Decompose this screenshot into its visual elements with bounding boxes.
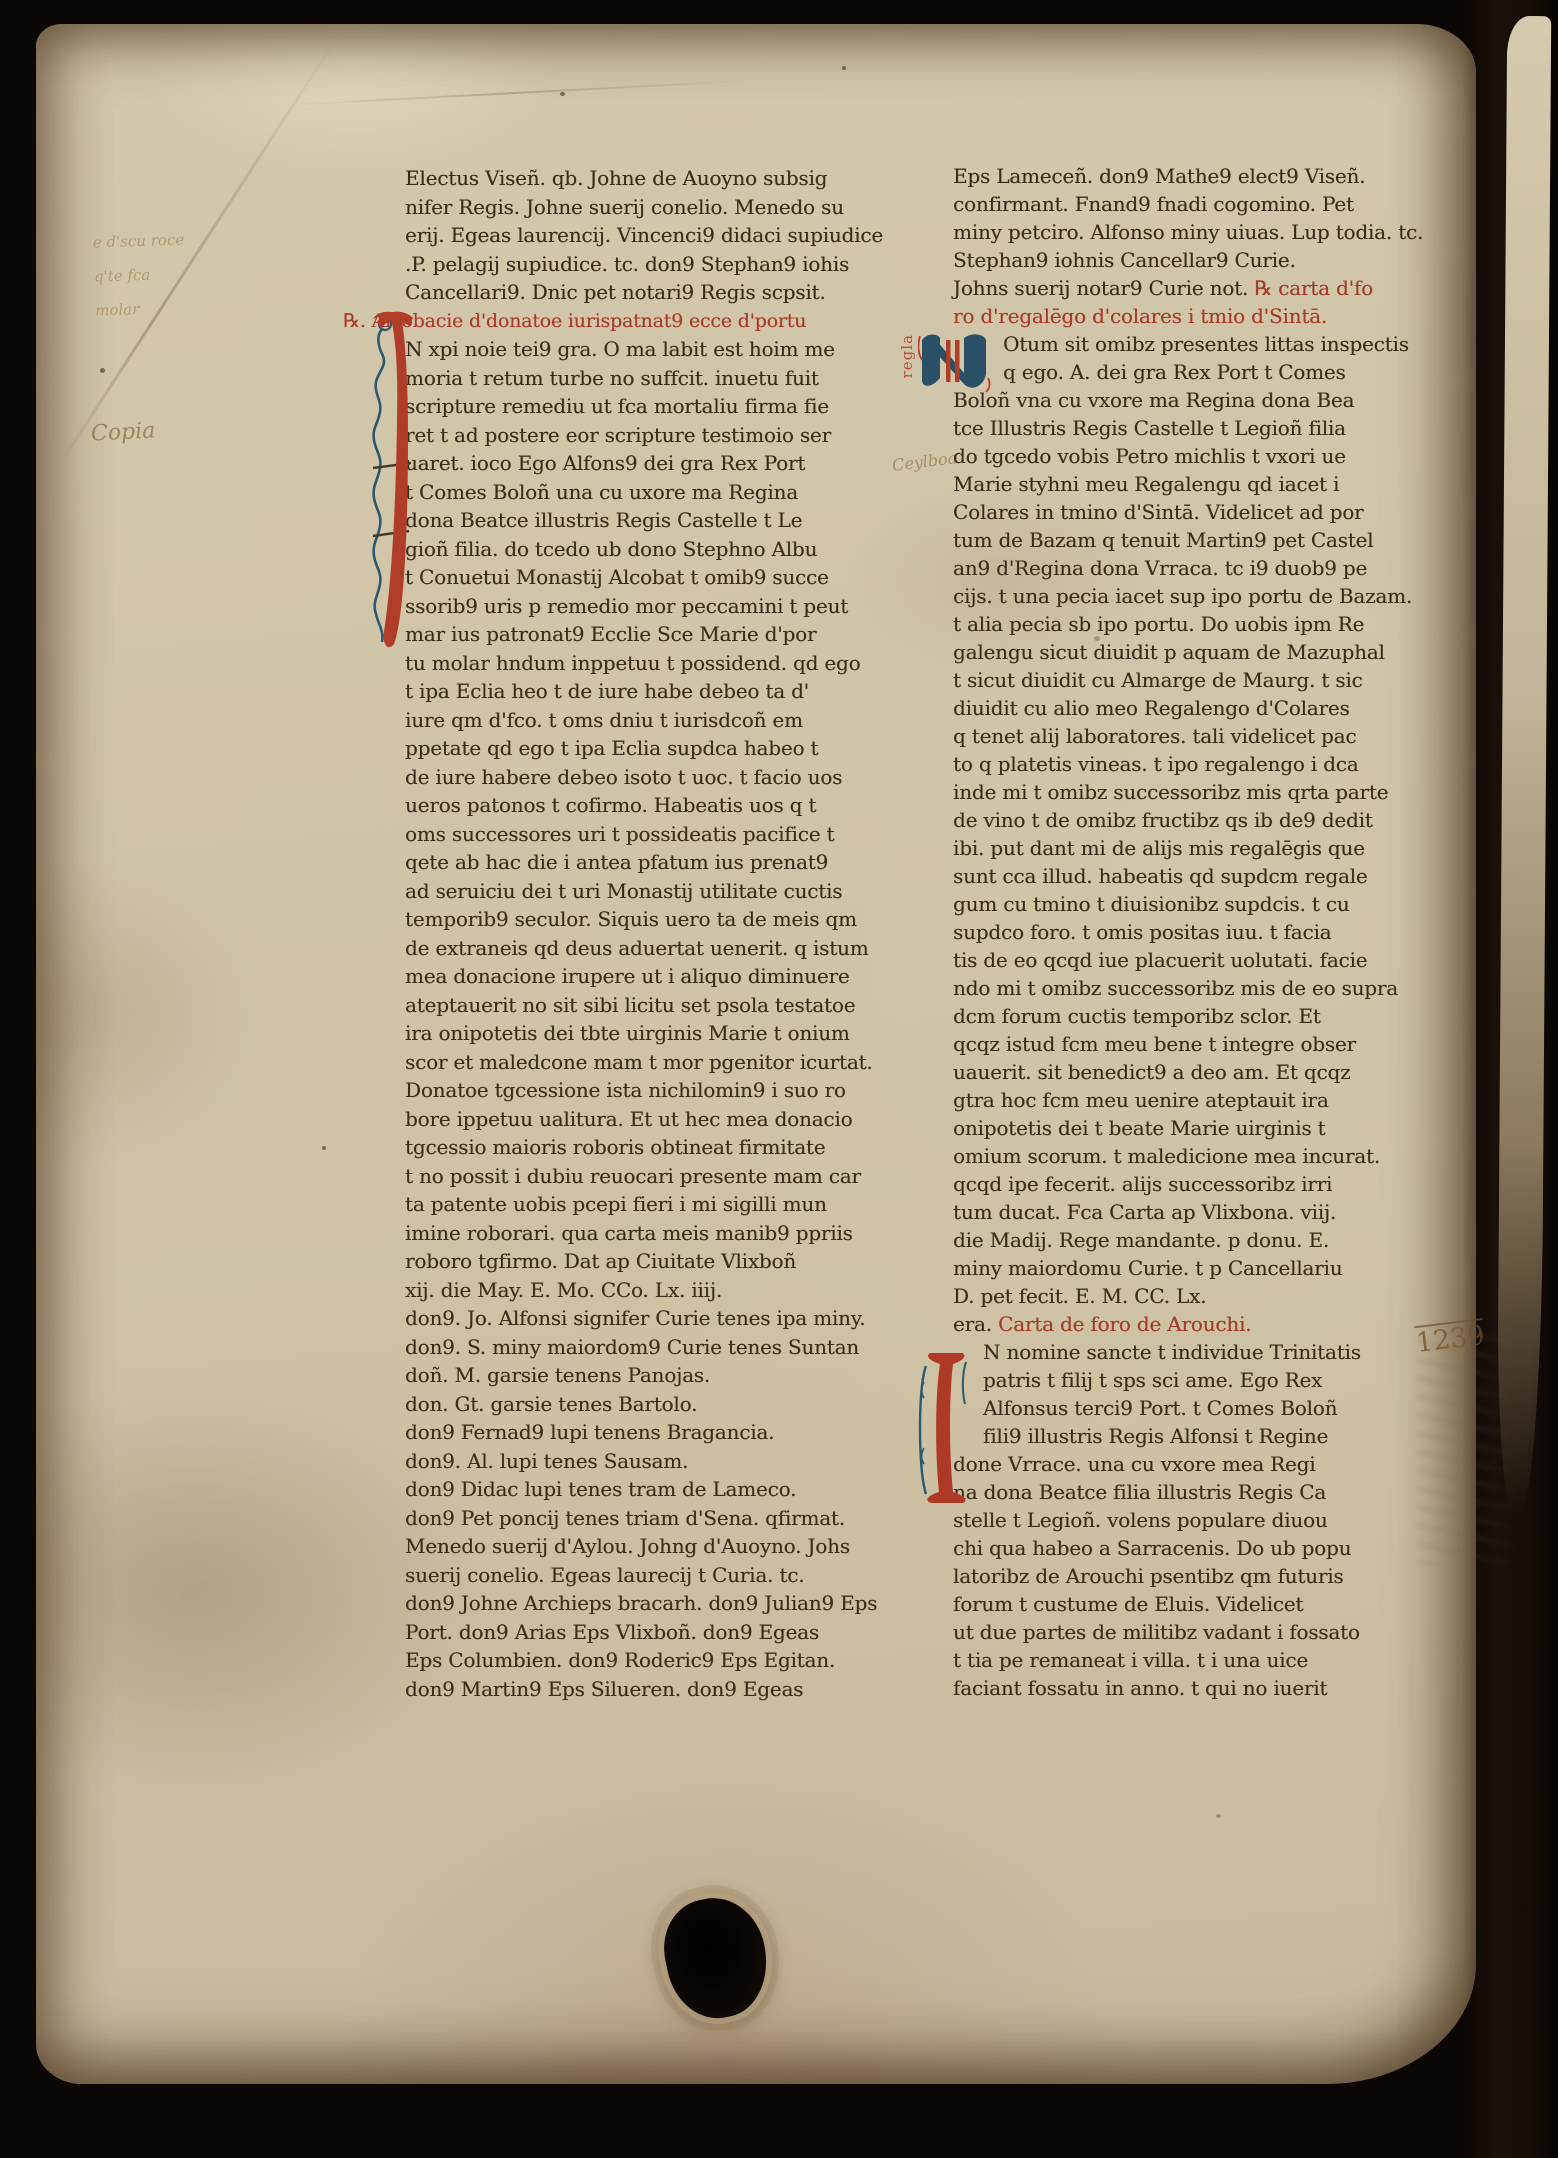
right-column-text-line: supdco foro. t omis positas iuu. t facia: [953, 918, 1478, 946]
margin-notes: e d'scu roce q'te fca molar: [92, 222, 187, 327]
left-column-text-line: ateptauerit no sit sibi licitu set psola…: [405, 991, 910, 1020]
left-column-text-line: ueros patonos t cofirmo. Habeatis uos q …: [405, 791, 910, 820]
manuscript-photo: e d'scu roce q'te fca molar Copia Ceylbo…: [0, 0, 1558, 2158]
right-column: Eps Lameceñ. don9 Mathe9 elect9 Viseñ.co…: [953, 162, 1478, 1702]
right-column-text-line: tis de eo qcqd iue placuerit uolutati. f…: [953, 946, 1478, 974]
right-column-text-line: Otum sit omibz presentes littas inspecti…: [953, 330, 1478, 358]
right-column-text-line: sunt cca illud. habeatis qd supdcm regal…: [953, 862, 1478, 890]
left-column-text-line: qete ab hac die i antea pfatum ius prena…: [405, 848, 910, 877]
left-column-text-line: gioñ filia. do tcedo ub dono Stephno Alb…: [405, 535, 910, 564]
left-column-text-line: bore ippetuu ualitura. Et ut hec mea don…: [405, 1105, 910, 1134]
left-column-text-line: Eps Columbien. don9 Roderic9 Eps Egitan.: [405, 1646, 910, 1675]
parchment-hole: [655, 1889, 778, 2027]
right-column-text-line: D. pet fecit. E. M. CC. Lx.: [953, 1282, 1478, 1310]
ink-speck: [1094, 636, 1100, 641]
right-column-text-line: done Vrrace. una cu vxore mea Regi: [953, 1450, 1478, 1478]
margin-note-line: e d'scu roce: [92, 222, 185, 259]
left-column-text-line: scripture remediu ut fca mortaliu firma …: [405, 392, 910, 421]
left-column: Electus Viseñ. qb. Johne de Auoyno subsi…: [405, 164, 910, 1703]
right-column-text-line: era. Carta de foro de Arouchi.: [953, 1310, 1478, 1338]
right-column-text-line: miny petciro. Alfonso miny uiuas. Lup to…: [953, 218, 1478, 246]
left-column-text-line: mar ius patronat9 Ecclie Sce Marie d'por: [405, 620, 910, 649]
right-column-text-line: latoribz de Arouchi psentibz qm futuris: [953, 1562, 1478, 1590]
right-column-text-line: de vino t de omibz fructibz qs ib de9 de…: [953, 806, 1478, 834]
left-column-text-line: don9 Didac lupi tenes tram de Lameco.: [405, 1475, 910, 1504]
vertical-red-gloss: regla: [898, 334, 916, 378]
left-column-text-line: t no possit i dubiu reuocari presente ma…: [405, 1162, 910, 1191]
left-column-text-line: don9. S. miny maiordom9 Curie tenes Sunt…: [405, 1333, 910, 1362]
left-column-text-line: ppetate qd ego t ipa Eclia supdca habeo …: [405, 734, 910, 763]
left-column-text-line: nifer Regis. Johne suerij conelio. Mened…: [405, 193, 910, 222]
left-column-text-line: imine roborari. qua carta meis manib9 pp…: [405, 1219, 910, 1248]
right-column-text-line: confirmant. Fnand9 fnadi cogomino. Pet: [953, 190, 1478, 218]
right-column-text-line: gtra hoc fcm meu uenire ateptauit ira: [953, 1086, 1478, 1114]
left-column-text-line: ssorib9 uris p remedio mor peccamini t p…: [405, 592, 910, 621]
right-column-text-line: tum de Bazam q tenuit Martin9 pet Castel: [953, 526, 1478, 554]
right-column-text-line: Johns suerij notar9 Curie not. ℞ carta d…: [953, 274, 1478, 302]
right-column-text-line: cijs. t una pecia iacet sup ipo portu de…: [953, 582, 1478, 610]
drop-cap-i-red: [367, 308, 417, 662]
right-column-text-line: Boloñ vna cu vxore ma Regina dona Bea: [953, 386, 1478, 414]
left-column-text-line: .P. pelagij supiudice. tc. don9 Stephan9…: [405, 250, 910, 279]
right-column-text-line: tce Illustris Regis Castelle t Legioñ fi…: [953, 414, 1478, 442]
left-column-text-line: erij. Egeas laurencij. Vincenci9 didaci …: [405, 221, 910, 250]
left-column-text-line: oms successores uri t possideatis pacifi…: [405, 820, 910, 849]
right-column-text-line: na dona Beatce filia illustris Regis Ca: [953, 1478, 1478, 1506]
drop-cap-n-blue: [918, 330, 992, 398]
right-column-text-line: t sicut diuidit cu Almarge de Maurg. t s…: [953, 666, 1478, 694]
left-column-text-line: don9. Al. lupi tenes Sausam.: [405, 1447, 910, 1476]
right-column-text-line: uauerit. sit benedict9 a deo am. Et qcqz: [953, 1058, 1478, 1086]
left-column-text-line: ℞. Alcobacie d'donatoe iurispatnat9 ecce…: [343, 307, 910, 336]
left-column-text-line: moria t retum turbe no suffcit. inuetu f…: [405, 364, 910, 393]
margin-note-line: molar: [95, 290, 188, 327]
left-column-text-line: tgcessio maioris roboris obtineat firmit…: [405, 1133, 910, 1162]
ink-speck: [560, 92, 565, 96]
ink-speck: [1216, 1814, 1221, 1818]
left-column-text-line: t ipa Eclia heo t de iure habe debeo ta …: [405, 677, 910, 706]
left-column-text-line: scor et maledcone mam t mor pgenitor icu…: [405, 1048, 910, 1077]
left-column-text-line: t Conuetui Monastij Alcobat t omib9 succ…: [405, 563, 910, 592]
right-column-text-line: dcm forum cuctis temporibz sclor. Et: [953, 1002, 1478, 1030]
right-column-text-line: t tia pe remaneat i villa. t i una uice: [953, 1646, 1478, 1674]
right-column-text-line: fili9 illustris Regis Alfonsi t Regine: [953, 1422, 1478, 1450]
left-column-text-line: doñ. M. garsie tenens Panojas.: [405, 1361, 910, 1390]
right-column-text-line: t alia pecia sb ipo portu. Do uobis ipm …: [953, 610, 1478, 638]
right-column-text-line: omium scorum. t maledicione mea incurat.: [953, 1142, 1478, 1170]
right-column-text-line: gum cu tmino t diuisionibz supdcis. t cu: [953, 890, 1478, 918]
right-column-text-line: chi qua habeo a Sarracenis. Do ub popu: [953, 1534, 1478, 1562]
margin-word: Copia: [90, 418, 156, 446]
right-column-text-line: ndo mi t omibz successoribz mis de eo su…: [953, 974, 1478, 1002]
right-column-text-line: q ego. A. dei gra Rex Port t Comes: [953, 358, 1478, 386]
right-column-text-line: Colares in tmino d'Sintā. Videlicet ad p…: [953, 498, 1478, 526]
right-column-text-line: miny maiordomu Curie. t p Cancellariu: [953, 1254, 1478, 1282]
left-column-text-line: Donatoe tgcessione ista nichilomin9 i su…: [405, 1076, 910, 1105]
right-column-text-line: ibi. put dant mi de alijs mis regalēgis …: [953, 834, 1478, 862]
right-column-text-line: N nomine sancte t individue Trinitatis: [953, 1338, 1478, 1366]
left-column-text-line: suerij conelio. Egeas laurecij t Curia. …: [405, 1561, 910, 1590]
crease-line: [280, 80, 749, 107]
left-column-text-line: Electus Viseñ. qb. Johne de Auoyno subsi…: [405, 164, 910, 193]
margin-note-line: q'te fca: [93, 256, 186, 293]
right-column-text-line: Alfonsus terci9 Port. t Comes Boloñ: [953, 1394, 1478, 1422]
left-column-text-line: don9 Pet poncij tenes triam d'Sena. qfir…: [405, 1504, 910, 1533]
left-column-text-line: dona Beatce illustris Regis Castelle t L…: [405, 506, 910, 535]
left-column-text-line: ira onipotetis dei tbte uirginis Marie t…: [405, 1019, 910, 1048]
left-column-text-line: de extraneis qd deus aduertat uenerit. q…: [405, 934, 910, 963]
left-column-text-line: N xpi noie tei9 gra. O ma labit est hoim…: [405, 335, 910, 364]
left-column-text-line: don9 Johne Archieps bracarh. don9 Julian…: [405, 1589, 910, 1618]
right-column-text-line: Eps Lameceñ. don9 Mathe9 elect9 Viseñ.: [953, 162, 1478, 190]
left-column-text-line: roboro tgfirmo. Dat ap Ciuitate Vlixboñ: [405, 1247, 910, 1276]
left-column-text-line: iure qm d'fco. t oms dniu t iurisdcoñ em: [405, 706, 910, 735]
right-column-text-line: ro d'regalēgo d'colares i tmio d'Sintā.: [953, 302, 1478, 330]
left-column-text-line: ad seruiciu dei t uri Monastij utilitate…: [405, 877, 910, 906]
left-column-text-line: ta patente uobis pcepi fieri i mi sigill…: [405, 1190, 910, 1219]
drop-cap-i2-red: [918, 1352, 972, 1511]
right-column-text-line: tum ducat. Fca Carta ap Vlixbona. viij.: [953, 1198, 1478, 1226]
ink-speck: [100, 368, 105, 373]
right-column-text-line: to q platetis vineas. t ipo regalengo i …: [953, 750, 1478, 778]
parchment-page: e d'scu roce q'te fca molar Copia Ceylbo…: [36, 24, 1476, 2084]
left-column-text-line: ret t ad postere eor scripture testimoio…: [405, 421, 910, 450]
right-column-text-line: galengu sicut diuidit p aquam de Mazupha…: [953, 638, 1478, 666]
right-column-text-line: diuidit cu alio meo Regalengo d'Colares: [953, 694, 1478, 722]
right-column-text-line: stelle t Legioñ. volens populare diuou: [953, 1506, 1478, 1534]
right-column-text-line: q tenet alij laboratores. tali videlicet…: [953, 722, 1478, 750]
right-column-text-line: do tgcedo vobis Petro michlis t vxori ue: [953, 442, 1478, 470]
right-column-text-line: forum t custume de Eluis. Videlicet: [953, 1590, 1478, 1618]
right-column-text-line: die Madij. Rege mandante. p donu. E.: [953, 1226, 1478, 1254]
right-column-text-line: an9 d'Regina dona Vrraca. tc i9 duob9 pe: [953, 554, 1478, 582]
ink-speck: [842, 66, 846, 70]
right-column-text-line: qcqz istud fcm meu bene t integre obser: [953, 1030, 1478, 1058]
ink-speck: [534, 1656, 538, 1660]
left-column-text-line: don. Gt. garsie tenes Bartolo.: [405, 1390, 910, 1419]
left-column-text-line: don9. Jo. Alfonsi signifer Curie tenes i…: [405, 1304, 910, 1333]
right-column-text-line: patris t filij t sps sci ame. Ego Rex: [953, 1366, 1478, 1394]
right-column-text-line: qcqd ipe fecerit. alijs successoribz irr…: [953, 1170, 1478, 1198]
left-column-text-line: uaret. ioco Ego Alfons9 dei gra Rex Port: [405, 449, 910, 478]
left-column-text-line: t Comes Boloñ una cu uxore ma Regina: [405, 478, 910, 507]
left-column-text-line: Cancellari9. Dnic pet notari9 Regis scps…: [405, 278, 910, 307]
left-column-text-line: temporib9 seculor. Siquis uero ta de mei…: [405, 905, 910, 934]
right-column-text-line: Stephan9 iohnis Cancellar9 Curie.: [953, 246, 1478, 274]
right-column-text-line: inde mi t omibz successoribz mis qrta pa…: [953, 778, 1478, 806]
right-column-text-line: faciant fossatu in anno. t qui no iuerit: [953, 1674, 1478, 1702]
right-column-text-line: Marie styhni meu Regalengu qd iacet i: [953, 470, 1478, 498]
left-column-text-line: Port. don9 Arias Eps Vlixboñ. don9 Egeas: [405, 1618, 910, 1647]
left-column-text-line: don9 Martin9 Eps Silueren. don9 Egeas: [405, 1675, 910, 1704]
left-column-text-line: don9 Fernad9 lupi tenens Bragancia.: [405, 1418, 910, 1447]
left-column-text-line: de iure habere debeo isoto t uoc. t faci…: [405, 763, 910, 792]
right-column-text-line: onipotetis dei t beate Marie uirginis t: [953, 1114, 1478, 1142]
ink-speck: [322, 1146, 326, 1150]
left-column-text-line: mea donacione irupere ut i aliquo diminu…: [405, 962, 910, 991]
right-column-text-line: ut due partes de militibz vadant i fossa…: [953, 1618, 1478, 1646]
left-column-text-line: xij. die May. E. Mo. CCo. Lx. iiij.: [405, 1276, 910, 1305]
left-column-text-line: Menedo suerij d'Aylou. Johng d'Auoyno. J…: [405, 1532, 910, 1561]
left-column-text-line: tu molar hndum inppetuu t possidend. qd …: [405, 649, 910, 678]
